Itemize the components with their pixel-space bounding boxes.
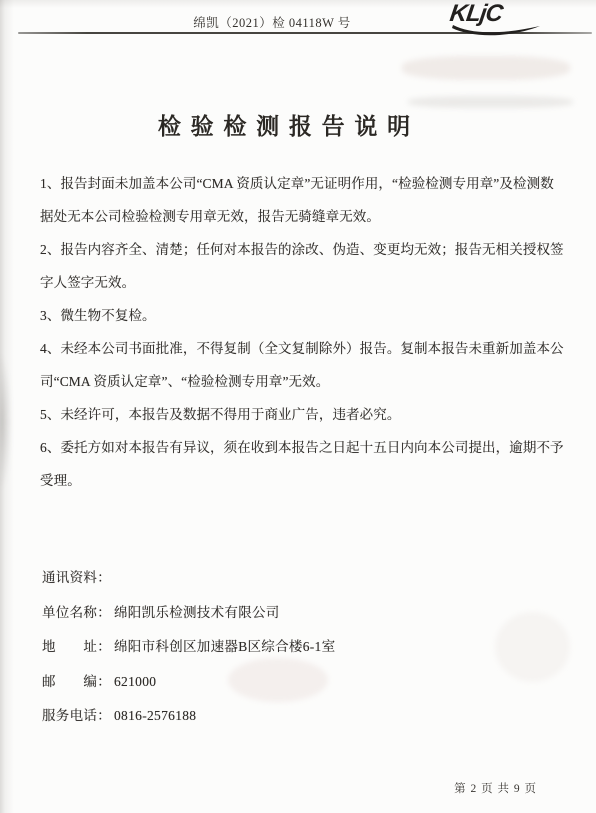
service-phone-value: 0816-2576188 — [114, 708, 196, 723]
clause-4: 4、未经本公司书面批准，不得复制（全文复制除外）报告。复制本报告未重新加盖本公司… — [40, 332, 566, 398]
clause-2: 2、报告内容齐全、清楚；任何对本报告的涂改、伪造、变更均无效；报告无相关授权签字… — [40, 233, 566, 299]
scan-artifact — [402, 56, 570, 80]
service-phone-label: 服务电话： — [42, 708, 111, 723]
clause-3: 3、微生物不复检。 — [40, 299, 566, 332]
page-indicator: 第 2 页 共 9 页 — [454, 780, 537, 796]
scan-artifact — [0, 352, 12, 492]
clause-5: 5、未经许可，本报告及数据不得用于商业广告，违者必究。 — [40, 398, 566, 431]
report-page: 绵凯（2021）检 04118W 号 KLjC 检 验 检 测 报 告 说 明 … — [0, 0, 596, 813]
contact-row-postcode: 邮 编：621000 — [42, 665, 562, 700]
scan-artifact — [408, 96, 573, 108]
contact-row-address: 地 址：绵阳市科创区加速器B区综合楼6-1室 — [42, 630, 562, 665]
clause-1: 1、报告封面未加盖本公司“CMA 资质认定章”无证明作用，“检验检测专用章”及检… — [40, 167, 566, 233]
contact-row-phone: 服务电话：0816-2576188 — [42, 699, 562, 734]
company-name-label: 单位名称： — [42, 605, 111, 620]
logo-swoosh-icon — [452, 22, 544, 36]
company-name-value: 绵阳凯乐检测技术有限公司 — [114, 605, 280, 620]
report-notes: 1、报告封面未加盖本公司“CMA 资质认定章”无证明作用，“检验检测专用章”及检… — [40, 167, 566, 497]
address-label: 地 址： — [42, 639, 111, 654]
clause-6: 6、委托方如对本报告有异议，须在收到本报告之日起十五日内向本公司提出，逾期不予受… — [40, 431, 566, 497]
postcode-value: 621000 — [114, 674, 156, 689]
kljc-logo: KLjC — [450, 2, 550, 36]
postcode-label: 邮 编： — [42, 674, 111, 689]
contact-heading: 通讯资料： — [42, 561, 562, 596]
contact-row-company: 单位名称：绵阳凯乐检测技术有限公司 — [42, 596, 562, 631]
page-title: 检 验 检 测 报 告 说 明 — [0, 108, 570, 141]
address-value: 绵阳市科创区加速器B区综合楼6-1室 — [114, 639, 335, 654]
contact-info: 通讯资料： 单位名称：绵阳凯乐检测技术有限公司 地 址：绵阳市科创区加速器B区综… — [42, 561, 562, 734]
